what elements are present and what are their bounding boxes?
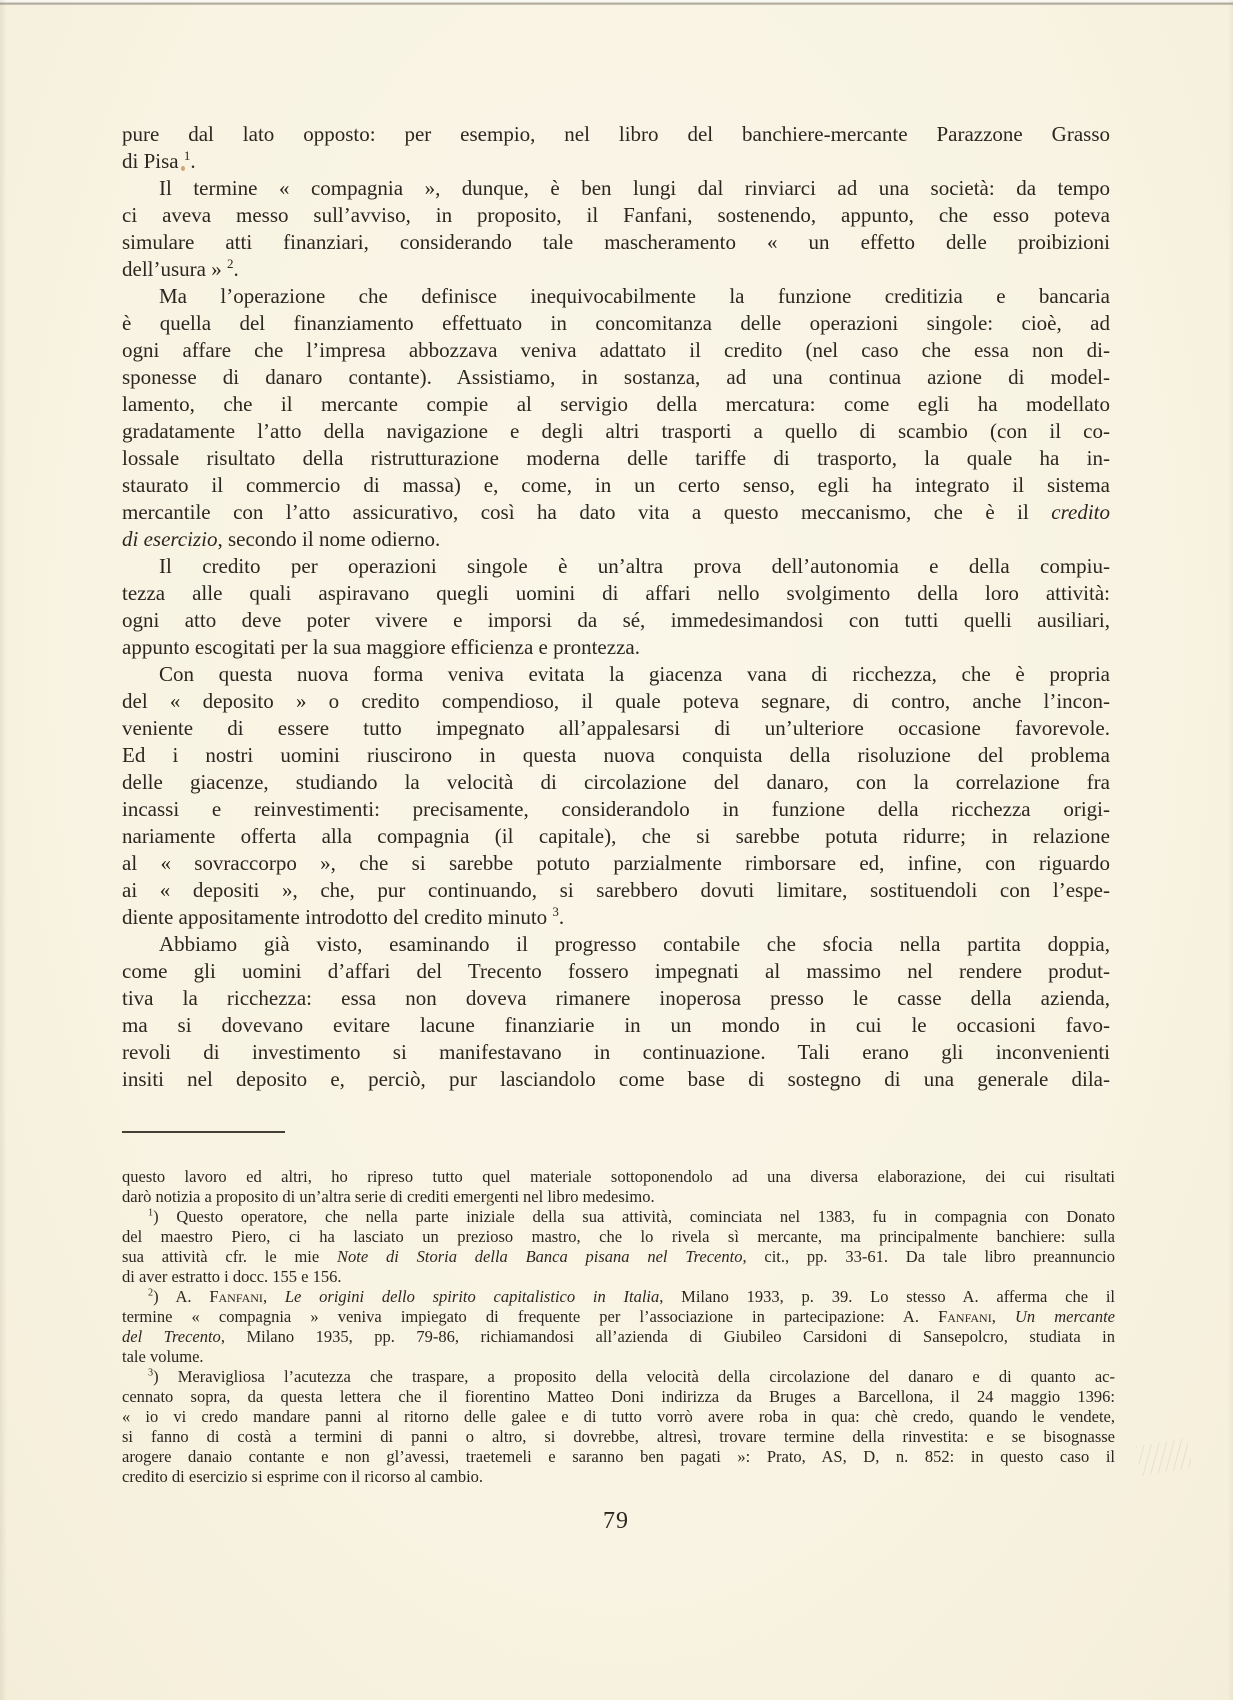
text-line: Il credito per operazioni singole è un’a… bbox=[122, 553, 1110, 580]
text-line: credito di esercizio si esprime con il r… bbox=[122, 1467, 1115, 1487]
text-line: tezza alle quali aspiravano quegli uomin… bbox=[122, 580, 1110, 607]
paragraph: 1) Questo operatore, che nella parte ini… bbox=[122, 1207, 1115, 1287]
text-line: del « deposito » o credito compendioso, … bbox=[122, 688, 1110, 715]
scan-edge-right bbox=[1228, 0, 1233, 1700]
paragraph: Abbiamo già visto, esaminando il progres… bbox=[122, 931, 1110, 1093]
body-text: pure dal lato opposto: per esempio, nel … bbox=[122, 121, 1110, 1093]
text-line: Ed i nostri uomini riuscirono in questa … bbox=[122, 742, 1110, 769]
text-line: pure dal lato opposto: per esempio, nel … bbox=[122, 121, 1110, 148]
text-line: arogere danaio contante e non gl’avessi,… bbox=[122, 1447, 1115, 1467]
text-line: diente appositamente introdotto del cred… bbox=[122, 904, 1110, 931]
paragraph: questo lavoro ed altri, ho ripreso tutto… bbox=[122, 1167, 1115, 1207]
text-line: tale volume. bbox=[122, 1347, 1115, 1367]
text-line: « io vi credo mandare panni al ritorno d… bbox=[122, 1407, 1115, 1427]
text-line: simulare atti finanziari, considerando t… bbox=[122, 229, 1110, 256]
text-line: darò notizia a proposito di un’altra ser… bbox=[122, 1187, 1115, 1207]
text-line: al « sovraccorpo », che si sarebbe potut… bbox=[122, 850, 1110, 877]
text-line: si fanno di costà a termini di panni o a… bbox=[122, 1427, 1115, 1447]
text-line: dell’usura » 2. bbox=[122, 256, 1110, 283]
text-line: appunto escogitati per la sua maggiore e… bbox=[122, 634, 1110, 661]
text-line: di esercizio, secondo il nome odierno. bbox=[122, 526, 1110, 553]
text-line: come gli uomini d’affari del Trecento fo… bbox=[122, 958, 1110, 985]
text-line: veniente di essere tutto impegnato all’a… bbox=[122, 715, 1110, 742]
text-line: tiva la ricchezza: essa non doveva riman… bbox=[122, 985, 1110, 1012]
text-line: termine « compagnia » veniva impiegato d… bbox=[122, 1307, 1115, 1327]
paragraph: Con questa nuova forma veniva evitata la… bbox=[122, 661, 1110, 931]
text-line: nariamente offerta alla compagnia (il ca… bbox=[122, 823, 1110, 850]
text-line: revoli di investimento si manifestavano … bbox=[122, 1039, 1110, 1066]
text-line: mercantile con l’atto assicurativo, così… bbox=[122, 499, 1110, 526]
text-line: di aver estratto i docc. 155 e 156. bbox=[122, 1267, 1115, 1287]
footnotes: questo lavoro ed altri, ho ripreso tutto… bbox=[122, 1167, 1115, 1487]
text-line: del Trecento, Milano 1935, pp. 79-86, ri… bbox=[122, 1327, 1115, 1347]
footnote-separator bbox=[122, 1131, 285, 1133]
text-line: lamento, che il mercante compie al servi… bbox=[122, 391, 1110, 418]
text-line: 3) Meravigliosa l’acutezza che traspare,… bbox=[122, 1367, 1115, 1387]
text-line: ma si dovevano evitare lacune finanziari… bbox=[122, 1012, 1110, 1039]
text-line: 1) Questo operatore, che nella parte ini… bbox=[122, 1207, 1115, 1227]
paragraph: Ma l’operazione che definisce inequivoca… bbox=[122, 283, 1110, 553]
text-line: questo lavoro ed altri, ho ripreso tutto… bbox=[122, 1167, 1115, 1187]
text-line: ogni affare che l’impresa abbozzava veni… bbox=[122, 337, 1110, 364]
scan-edge-left bbox=[0, 0, 7, 1700]
text-line: sua attività cfr. le mie Note di Storia … bbox=[122, 1247, 1115, 1267]
text-line: di Pisa 1. bbox=[122, 148, 1110, 175]
paper-speck bbox=[181, 166, 185, 171]
text-line: cennato sopra, da questa lettera che il … bbox=[122, 1387, 1115, 1407]
text-line: ai « depositi », che, pur continuando, s… bbox=[122, 877, 1110, 904]
text-line: insiti nel deposito e, perciò, pur lasci… bbox=[122, 1066, 1110, 1093]
paper-speck bbox=[487, 1198, 492, 1202]
text-line: sponesse di danaro contante). Assistiamo… bbox=[122, 364, 1110, 391]
text-line: delle giacenze, studiando la velocità di… bbox=[122, 769, 1110, 796]
text-line: 2) A. Fanfani, Le origini dello spirito … bbox=[122, 1287, 1115, 1307]
text-line: incassi e reinvestimenti: precisamente, … bbox=[122, 796, 1110, 823]
faint-pencil-smudge bbox=[1136, 1438, 1192, 1477]
text-line: Con questa nuova forma veniva evitata la… bbox=[122, 661, 1110, 688]
text-line: staurato il commercio di massa) e, come,… bbox=[122, 472, 1110, 499]
text-line: ogni atto deve poter vivere e imporsi da… bbox=[122, 607, 1110, 634]
text-line: ci aveva messo sull’avviso, in proposito… bbox=[122, 202, 1110, 229]
scan-edge-top bbox=[0, 0, 1233, 5]
paragraph: pure dal lato opposto: per esempio, nel … bbox=[122, 121, 1110, 175]
text-line: è quella del finanziamento effettuato in… bbox=[122, 310, 1110, 337]
text-line: lossale risultato della ristrutturazione… bbox=[122, 445, 1110, 472]
page-number: 79 bbox=[122, 1508, 1110, 1535]
text-line: Abbiamo già visto, esaminando il progres… bbox=[122, 931, 1110, 958]
text-line: Il termine « compagnia », dunque, è ben … bbox=[122, 175, 1110, 202]
paragraph: 2) A. Fanfani, Le origini dello spirito … bbox=[122, 1287, 1115, 1367]
book-page: pure dal lato opposto: per esempio, nel … bbox=[0, 0, 1233, 1700]
text-line: del maestro Piero, ci ha lasciato un pre… bbox=[122, 1227, 1115, 1247]
paragraph: Il termine « compagnia », dunque, è ben … bbox=[122, 175, 1110, 283]
text-line: Ma l’operazione che definisce inequivoca… bbox=[122, 283, 1110, 310]
paragraph: 3) Meravigliosa l’acutezza che traspare,… bbox=[122, 1367, 1115, 1487]
paragraph: Il credito per operazioni singole è un’a… bbox=[122, 553, 1110, 661]
text-line: gradatamente l’atto della navigazione e … bbox=[122, 418, 1110, 445]
